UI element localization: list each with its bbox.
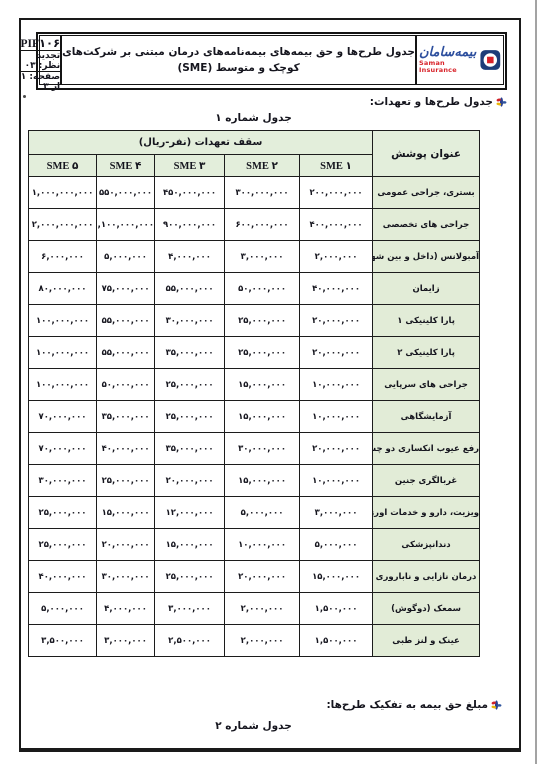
table-row: رفع عیوب انکساری دو چشم۲۰,۰۰۰,۰۰۰۳۰,۰۰۰,… (29, 433, 480, 465)
benefit-value-cell: ۱,۰۰۰,۰۰۰,۰۰۰ (29, 177, 97, 209)
table-row: دندانپزشکی۵,۰۰۰,۰۰۰۱۰,۰۰۰,۰۰۰۱۵,۰۰۰,۰۰۰۲… (29, 529, 480, 561)
coverage-label: درمان نازایی و ناباروری (373, 561, 480, 593)
benefit-value-cell: ۳۰,۰۰۰,۰۰۰ (29, 465, 97, 497)
benefit-value-cell: ۹۰۰,۰۰۰,۰۰۰ (155, 209, 225, 241)
benefit-value-cell: ۳۰,۰۰۰,۰۰۰ (155, 305, 225, 337)
benefit-value-cell: ۵۵,۰۰۰,۰۰۰ (155, 273, 225, 305)
flower-bullet-icon (496, 96, 507, 108)
column-header-sme5: SME ۵ (29, 155, 97, 177)
benefit-value-cell: ۵,۰۰۰,۰۰۰ (29, 593, 97, 625)
column-header-sme4: SME ۴ (97, 155, 155, 177)
benefit-value-cell: ۳,۰۰۰,۰۰۰ (97, 625, 155, 657)
table-row: درمان نازایی و ناباروری۱۵,۰۰۰,۰۰۰۲۰,۰۰۰,… (29, 561, 480, 593)
coverage-label: جراحی های سرپایی (373, 369, 480, 401)
benefit-value-cell: ۱۵,۰۰۰,۰۰۰ (300, 561, 373, 593)
benefit-value-cell: ۲۵,۰۰۰,۰۰۰ (155, 369, 225, 401)
coverage-label: جراحی های تخصصی (373, 209, 480, 241)
benefit-value-cell: ۳۵,۰۰۰,۰۰۰ (155, 337, 225, 369)
benefit-value-cell: ۵۰,۰۰۰,۰۰۰ (97, 369, 155, 401)
benefit-value-cell: ۲۰,۰۰۰,۰۰۰ (300, 337, 373, 369)
benefit-value-cell: ۳,۰۰۰,۰۰۰ (225, 241, 300, 273)
benefit-value-cell: ۷۵,۰۰۰,۰۰۰ (97, 273, 155, 305)
coverage-column-header: عنوان پوشش (373, 131, 480, 177)
benefit-value-cell: ۲,۰۰۰,۰۰۰ (225, 593, 300, 625)
benefits-table: عنوان پوششسقف تعهدات (نفر-ریال)SME ۱SME … (28, 130, 480, 657)
benefit-value-cell: ۴۰,۰۰۰,۰۰۰ (97, 433, 155, 465)
table-row: زایمان۴۰,۰۰۰,۰۰۰۵۰,۰۰۰,۰۰۰۵۵,۰۰۰,۰۰۰۷۵,۰… (29, 273, 480, 305)
coverage-label: آزمایشگاهی (373, 401, 480, 433)
saman-logo-icon (480, 48, 501, 72)
benefit-value-cell: ۱۲,۰۰۰,۰۰۰ (155, 497, 225, 529)
benefit-value-cell: ۱۰۰,۰۰۰,۰۰۰ (29, 369, 97, 401)
benefit-value-cell: ۱۵,۰۰۰,۰۰۰ (225, 465, 300, 497)
coverage-label: زایمان (373, 273, 480, 305)
table-row: آمبولانس (داخل و بین شهری)۲,۰۰۰,۰۰۰۳,۰۰۰… (29, 241, 480, 273)
section-plans-label: جدول طرح‌ها و تعهدات: (370, 96, 507, 108)
coverage-label: رفع عیوب انکساری دو چشم (373, 433, 480, 465)
coverage-label: دندانپزشکی (373, 529, 480, 561)
benefit-value-cell: ۲۰,۰۰۰,۰۰۰ (155, 465, 225, 497)
header-row-1: عنوان پوششسقف تعهدات (نفر-ریال) (29, 131, 480, 155)
benefit-value-cell: ۵۵,۰۰۰,۰۰۰ (97, 305, 155, 337)
benefit-value-cell: ۳۰,۰۰۰,۰۰۰ (225, 433, 300, 465)
coverage-label: غربالگری جنین (373, 465, 480, 497)
benefit-value-cell: ۲۵,۰۰۰,۰۰۰ (29, 529, 97, 561)
benefit-value-cell: ۲۰,۰۰۰,۰۰۰ (225, 561, 300, 593)
table-row: پارا کلینیکی ۲۲۰,۰۰۰,۰۰۰۲۵,۰۰۰,۰۰۰۳۵,۰۰۰… (29, 337, 480, 369)
table-row: آزمایشگاهی۱۰,۰۰۰,۰۰۰۱۵,۰۰۰,۰۰۰۲۵,۰۰۰,۰۰۰… (29, 401, 480, 433)
document-revision: تجدید نظر: ۰۳ (21, 51, 61, 72)
benefit-value-cell: ۴,۰۰۰,۰۰۰ (97, 593, 155, 625)
coverage-label: آمبولانس (داخل و بین شهری) (373, 241, 480, 273)
table-row: جراحی های تخصصی۴۰۰,۰۰۰,۰۰۰۶۰۰,۰۰۰,۰۰۰۹۰۰… (29, 209, 480, 241)
coverage-label: عینک و لنز طبی (373, 625, 480, 657)
benefits-table-body: بستری، جراحی عمومی۲۰۰,۰۰۰,۰۰۰۳۰۰,۰۰۰,۰۰۰… (29, 177, 480, 657)
benefit-value-cell: ۲,۰۰۰,۰۰۰ (225, 625, 300, 657)
coverage-label: بستری، جراحی عمومی (373, 177, 480, 209)
benefit-value-cell: ۶,۰۰۰,۰۰۰ (29, 241, 97, 273)
benefit-value-cell: ۵,۰۰۰,۰۰۰ (97, 241, 155, 273)
table-row: بستری، جراحی عمومی۲۰۰,۰۰۰,۰۰۰۳۰۰,۰۰۰,۰۰۰… (29, 177, 480, 209)
document-title-line1: جدول طرح‌ها و حق بیمه‌های بیمه‌نامه‌های … (62, 46, 415, 58)
benefit-value-cell: ۱,۱۰۰,۰۰۰,۰۰۰ (97, 209, 155, 241)
logo-wordmark-en: Saman Insurance (419, 60, 476, 74)
benefit-value-cell: ۱,۵۰۰,۰۰۰ (300, 625, 373, 657)
benefit-value-cell: ۷۰,۰۰۰,۰۰۰ (29, 401, 97, 433)
saman-insurance-logo: بیمه‌سامان Saman Insurance (415, 36, 503, 84)
commitments-ceiling-header: سقف تعهدات (نفر-ریال) (29, 131, 373, 155)
benefit-value-cell: ۲۰۰,۰۰۰,۰۰۰ (300, 177, 373, 209)
logo-texts: بیمه‌سامان Saman Insurance (419, 46, 476, 75)
section-plans-label-text: جدول طرح‌ها و تعهدات: (370, 96, 493, 108)
column-header-sme2: SME ۲ (225, 155, 300, 177)
benefit-value-cell: ۵۰,۰۰۰,۰۰۰ (225, 273, 300, 305)
benefit-value-cell: ۴۰,۰۰۰,۰۰۰ (29, 561, 97, 593)
coverage-label: پارا کلینیکی ۱ (373, 305, 480, 337)
benefit-value-cell: ۴۰۰,۰۰۰,۰۰۰ (300, 209, 373, 241)
benefit-value-cell: ۴,۰۰۰,۰۰۰ (155, 241, 225, 273)
benefit-value-cell: ۳۵,۰۰۰,۰۰۰ (155, 433, 225, 465)
benefits-table-head: عنوان پوششسقف تعهدات (نفر-ریال)SME ۱SME … (29, 131, 480, 177)
table-row: عینک و لنز طبی۱,۵۰۰,۰۰۰۲,۰۰۰,۰۰۰۲,۵۰۰,۰۰… (29, 625, 480, 657)
coverage-label: ویزیت، دارو و خدمات اورژانس (373, 497, 480, 529)
table1-caption: جدول شماره ۱ (28, 112, 479, 124)
benefit-value-cell: ۸۰,۰۰۰,۰۰۰ (29, 273, 97, 305)
benefit-value-cell: ۲۰,۰۰۰,۰۰۰ (300, 433, 373, 465)
document-info-box: PIF۱۰۶ تجدید نظر: ۰۳ صفحه: ۱ از ۳ (21, 36, 63, 84)
section-premium-label: مبلغ حق بیمه به تفکیک طرح‌ها: (326, 699, 502, 711)
benefit-value-cell: ۲,۵۰۰,۰۰۰ (155, 625, 225, 657)
column-header-sme1: SME ۱ (300, 155, 373, 177)
benefit-value-cell: ۴۵۰,۰۰۰,۰۰۰ (155, 177, 225, 209)
document-header: بیمه‌سامان Saman Insurance جدول طرح‌ها و… (36, 32, 507, 90)
document-code: PIF۱۰۶ (21, 36, 61, 51)
benefit-value-cell: ۷۰,۰۰۰,۰۰۰ (29, 433, 97, 465)
benefit-value-cell: ۳,۰۰۰,۰۰۰ (155, 593, 225, 625)
benefit-value-cell: ۳۰۰,۰۰۰,۰۰۰ (225, 177, 300, 209)
benefit-value-cell: ۵,۰۰۰,۰۰۰ (225, 497, 300, 529)
table-row: جراحی های سرپایی۱۰,۰۰۰,۰۰۰۱۵,۰۰۰,۰۰۰۲۵,۰… (29, 369, 480, 401)
benefit-value-cell: ۲۵,۰۰۰,۰۰۰ (97, 465, 155, 497)
benefit-value-cell: ۱۰,۰۰۰,۰۰۰ (300, 369, 373, 401)
benefit-value-cell: ۲,۰۰۰,۰۰۰,۰۰۰ (29, 209, 97, 241)
benefit-value-cell: ۳۰,۰۰۰,۰۰۰ (97, 561, 155, 593)
table2-caption: جدول شماره ۲ (28, 720, 479, 732)
benefit-value-cell: ۵,۰۰۰,۰۰۰ (300, 529, 373, 561)
benefit-value-cell: ۱۰,۰۰۰,۰۰۰ (300, 401, 373, 433)
document-header-inner: بیمه‌سامان Saman Insurance جدول طرح‌ها و… (39, 35, 504, 85)
benefit-value-cell: ۲۵,۰۰۰,۰۰۰ (225, 305, 300, 337)
document-page-number: صفحه: ۱ از ۳ (21, 72, 61, 92)
benefit-value-cell: ۳,۵۰۰,۰۰۰ (29, 625, 97, 657)
benefit-value-cell: ۱۰,۰۰۰,۰۰۰ (300, 465, 373, 497)
benefit-value-cell: ۱۰۰,۰۰۰,۰۰۰ (29, 305, 97, 337)
benefit-value-cell: ۲۵,۰۰۰,۰۰۰ (29, 497, 97, 529)
benefit-value-cell: ۱۵,۰۰۰,۰۰۰ (225, 369, 300, 401)
table-row: ویزیت، دارو و خدمات اورژانس۳,۰۰۰,۰۰۰۵,۰۰… (29, 497, 480, 529)
benefit-value-cell: ۶۰۰,۰۰۰,۰۰۰ (225, 209, 300, 241)
benefit-value-cell: ۳,۰۰۰,۰۰۰ (300, 497, 373, 529)
benefit-value-cell: ۱۵,۰۰۰,۰۰۰ (97, 497, 155, 529)
flower-bullet-icon (491, 699, 502, 711)
document-title: جدول طرح‌ها و حق بیمه‌های بیمه‌نامه‌های … (62, 36, 415, 84)
section-premium-label-text: مبلغ حق بیمه به تفکیک طرح‌ها: (326, 699, 488, 711)
table-row: پارا کلینیکی ۱۲۰,۰۰۰,۰۰۰۲۵,۰۰۰,۰۰۰۳۰,۰۰۰… (29, 305, 480, 337)
benefit-value-cell: ۴۰,۰۰۰,۰۰۰ (300, 273, 373, 305)
coverage-label: سمعک (دوگوش) (373, 593, 480, 625)
benefit-value-cell: ۵۵۰,۰۰۰,۰۰۰ (97, 177, 155, 209)
logo-wordmark-fa: بیمه‌سامان (419, 46, 476, 60)
benefit-value-cell: ۵۵,۰۰۰,۰۰۰ (97, 337, 155, 369)
scan-edge-line (535, 0, 537, 764)
table-row: غربالگری جنین۱۰,۰۰۰,۰۰۰۱۵,۰۰۰,۰۰۰۲۰,۰۰۰,… (29, 465, 480, 497)
table-row: سمعک (دوگوش)۱,۵۰۰,۰۰۰۲,۰۰۰,۰۰۰۳,۰۰۰,۰۰۰۴… (29, 593, 480, 625)
benefit-value-cell: ۳۵,۰۰۰,۰۰۰ (97, 401, 155, 433)
benefit-value-cell: ۲,۰۰۰,۰۰۰ (300, 241, 373, 273)
benefit-value-cell: ۲۵,۰۰۰,۰۰۰ (155, 401, 225, 433)
coverage-label: پارا کلینیکی ۲ (373, 337, 480, 369)
benefit-value-cell: ۱۰,۰۰۰,۰۰۰ (225, 529, 300, 561)
benefit-value-cell: ۲۰,۰۰۰,۰۰۰ (97, 529, 155, 561)
benefit-value-cell: ۱۵,۰۰۰,۰۰۰ (225, 401, 300, 433)
benefit-value-cell: ۱۵,۰۰۰,۰۰۰ (155, 529, 225, 561)
benefit-value-cell: ۱۰۰,۰۰۰,۰۰۰ (29, 337, 97, 369)
column-header-sme3: SME ۳ (155, 155, 225, 177)
benefit-value-cell: ۲۵,۰۰۰,۰۰۰ (225, 337, 300, 369)
benefit-value-cell: ۲۰,۰۰۰,۰۰۰ (300, 305, 373, 337)
benefit-value-cell: ۱,۵۰۰,۰۰۰ (300, 593, 373, 625)
document-title-line2: کوچک و متوسط (SME) (177, 62, 299, 74)
benefit-value-cell: ۲۵,۰۰۰,۰۰۰ (155, 561, 225, 593)
